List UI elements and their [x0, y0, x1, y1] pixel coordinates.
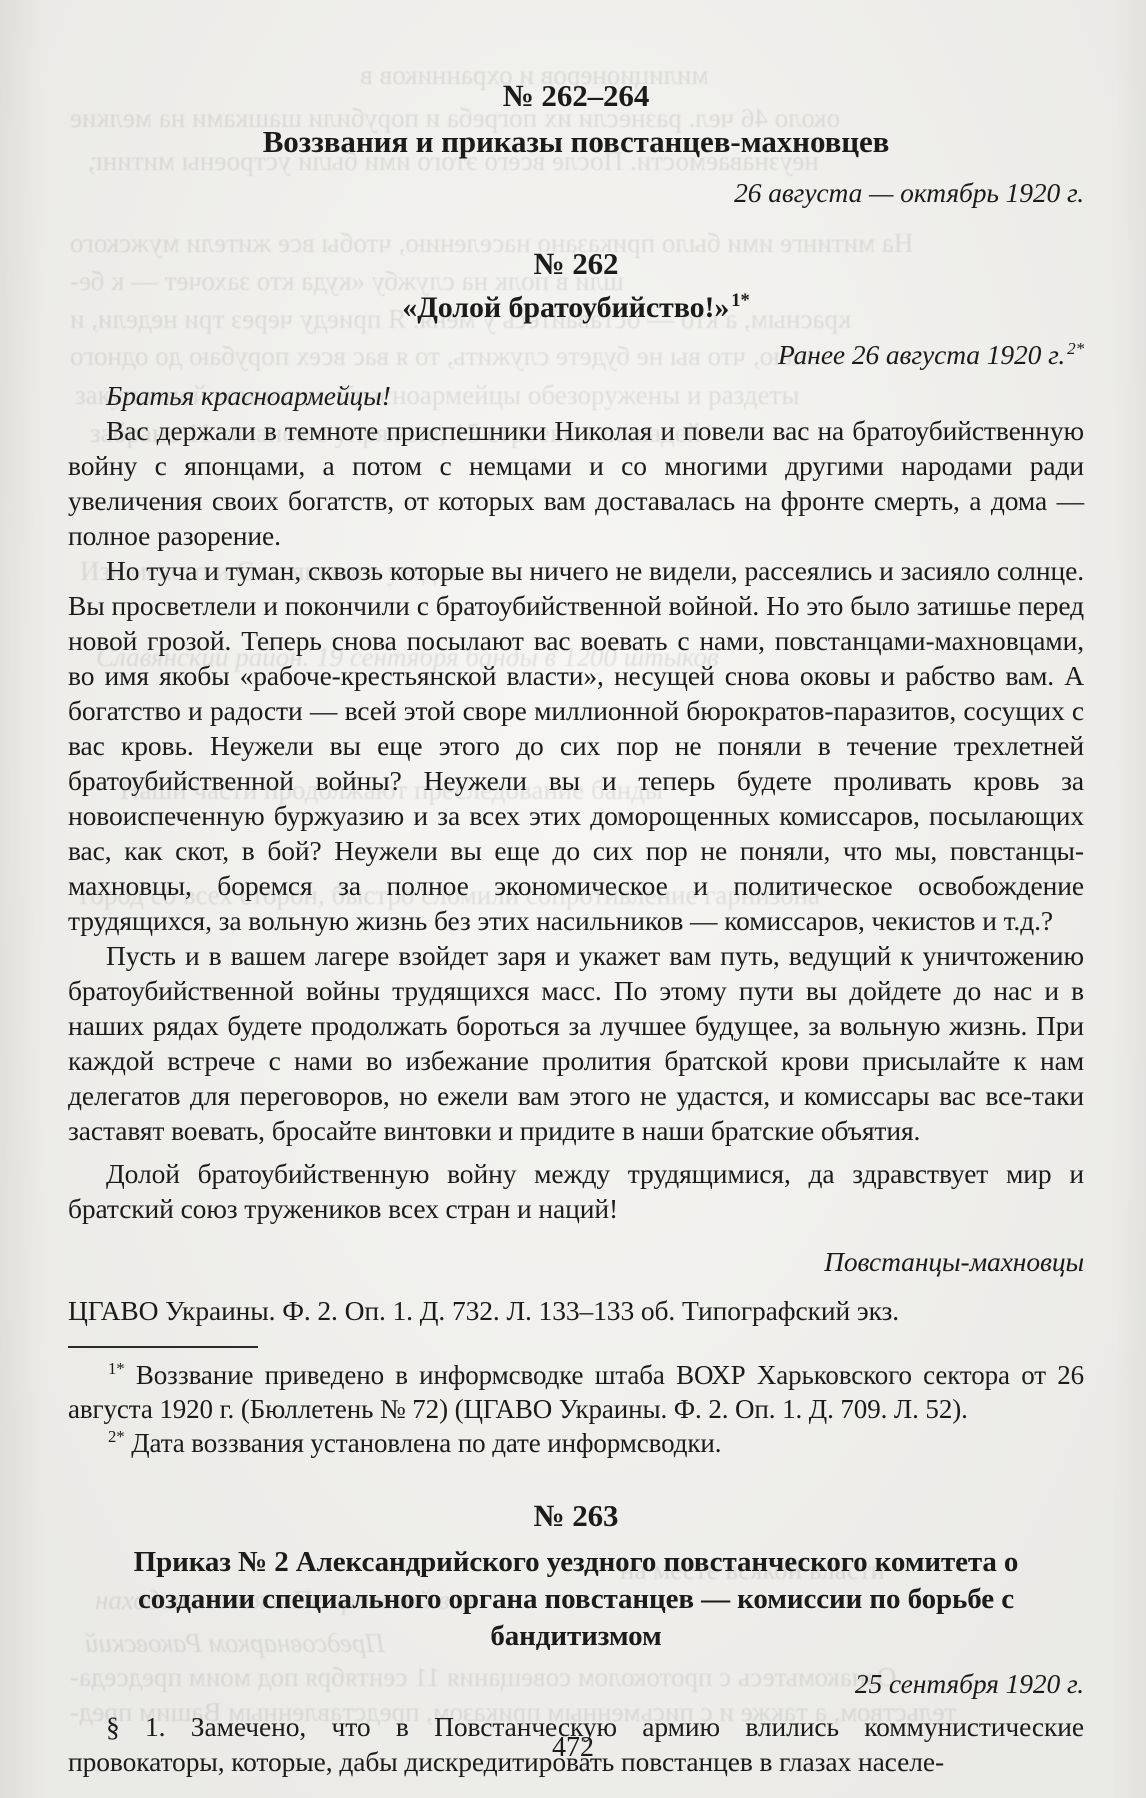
document-range-title: Воззвания и приказы повстанцев-махновцев	[68, 124, 1084, 160]
document-range-number: № 262–264	[68, 78, 1084, 114]
doc262-salutation: Братья красноармейцы!	[68, 378, 1084, 413]
doc262-title: «Долой братоубийство!»1*	[68, 290, 1084, 326]
doc263-date: 25 сентября 1920 г.	[68, 1667, 1084, 1701]
doc262-paragraph-3: Пусть и в вашем лагере взойдет заря и ук…	[68, 938, 1084, 1148]
doc262-date: Ранее 26 августа 1920 г.2*	[68, 338, 1084, 372]
footnote-2-text: Дата воззвания установлена по дате инфор…	[131, 1428, 721, 1458]
document-range-date: 26 августа — октябрь 1920 г.	[68, 176, 1084, 210]
footnote-2: 2* Дата воззвания установлена по дате ин…	[68, 1426, 1084, 1460]
footnote-2-marker: 2*	[106, 1427, 125, 1446]
footnote-1-text: Воззвание приведено в информсводке штаба…	[68, 1360, 1084, 1424]
doc262-signature: Повстанцы-махновцы	[68, 1244, 1084, 1279]
doc262-date-text: Ранее 26 августа 1920 г.	[778, 339, 1065, 370]
page-number: 472	[0, 1732, 1146, 1764]
doc262-paragraph-4: Долой братоубийственную войну между труд…	[68, 1156, 1084, 1226]
doc263-title: Приказ № 2 Александрийского уездного пов…	[74, 1544, 1078, 1655]
doc262-archive-reference: ЦГАВО Украины. Ф. 2. Оп. 1. Д. 732. Л. 1…	[68, 1293, 1084, 1328]
footnote-separator-rule	[68, 1346, 258, 1348]
scanned-book-page: { "header": { "doc_range_number": "№ 262…	[0, 0, 1146, 1798]
doc262-number: № 262	[68, 246, 1084, 282]
doc262-title-footnote-marker: 1*	[729, 290, 749, 311]
doc262-title-text: «Долой братоубийство!»	[402, 291, 729, 324]
footnote-1-marker: 1*	[106, 1359, 125, 1378]
doc263-number: № 263	[68, 1498, 1084, 1534]
doc262-paragraph-1: Вас держали в темноте приспешники Никола…	[68, 413, 1084, 553]
footnote-1: 1* Воззвание приведено в информсводке шт…	[68, 1358, 1084, 1426]
doc262-paragraph-2: Но туча и туман, сквозь которые вы ничег…	[68, 553, 1084, 938]
page-content: № 262–264 Воззвания и приказы повстанцев…	[0, 0, 1146, 1798]
doc262-date-footnote-marker: 2*	[1065, 339, 1084, 358]
